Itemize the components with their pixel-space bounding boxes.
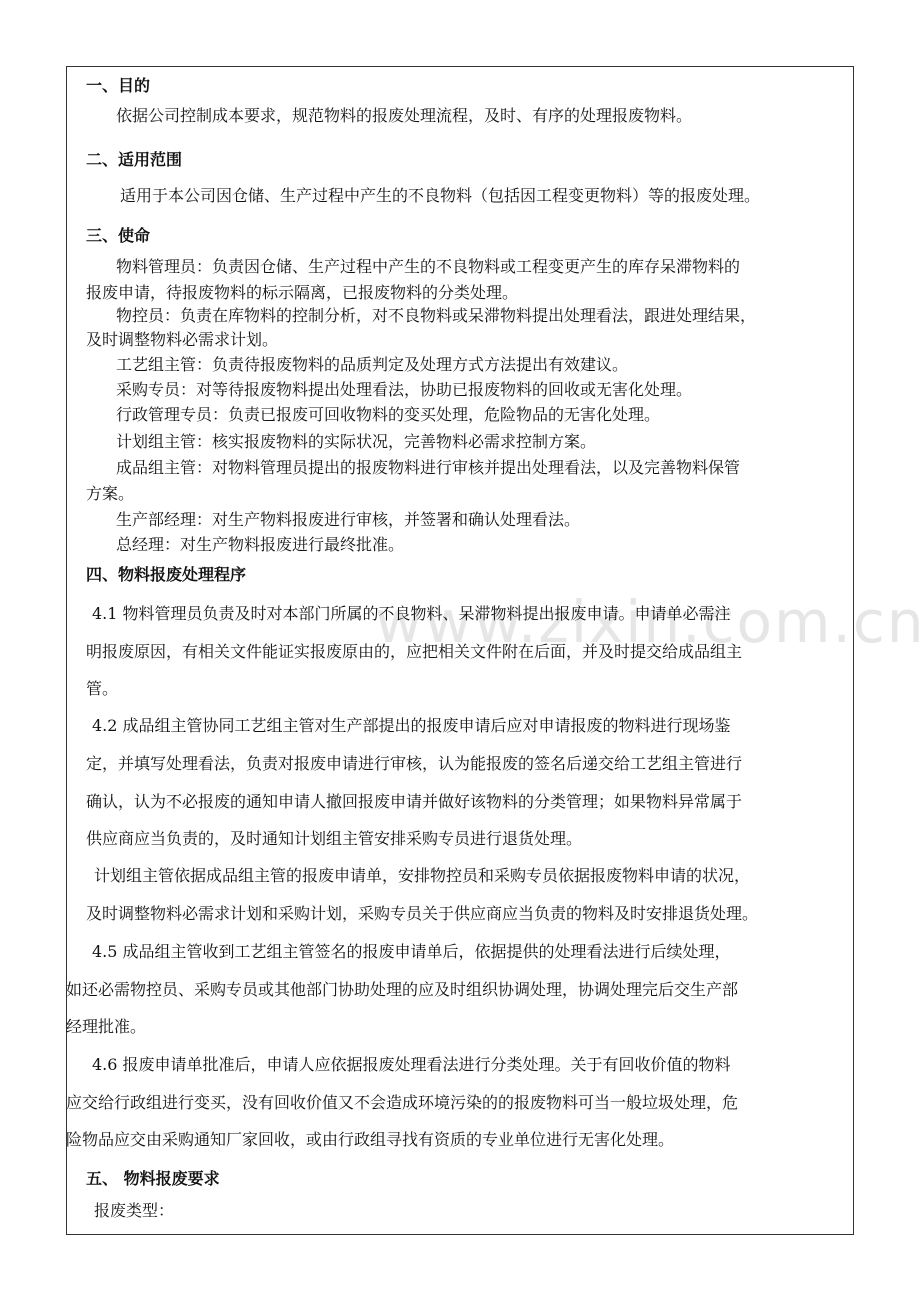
section-heading-duties: 三、使命 (86, 226, 150, 246)
paragraph-4-3-line: 计划组主管依据成品组主管的报废申请单，安排物控员和采购专员依据报废物料申请的状况… (94, 866, 750, 886)
paragraph-4-3-line: 及时调整物料必需求计划和采购计划，采购专员关于供应商应当负责的物料及时安排退货处… (86, 904, 758, 924)
duty-line: 报废申请，待报废物料的标示隔离，已报废物料的分类处理。 (86, 283, 518, 303)
duty-line: 行政管理专员：负责已报废可回收物料的变买处理，危险物品的无害化处理。 (116, 405, 660, 425)
duty-line: 采购专员：对等待报废物料提出处理看法，协助已报废物料的回收或无害化处理。 (116, 380, 692, 400)
paragraph-4-2-line: 4.2 成品组主管协同工艺组主管对生产部提出的报废申请后应对申请报废的物料进行现… (92, 716, 731, 736)
paragraph-4-1-line: 管。 (86, 679, 118, 699)
duty-line: 工艺组主管：负责待报废物料的品质判定及处理方式方法提出有效建议。 (116, 355, 628, 375)
paragraph-4-2-line: 供应商应当负责的，及时通知计划组主管安排采购专员进行退货处理。 (86, 829, 582, 849)
duty-line: 方案。 (86, 484, 134, 504)
paragraph-4-6-line: 险物品应交由采购通知厂家回收，或由行政组寻找有资质的专业单位进行无害化处理。 (66, 1130, 674, 1150)
duty-line: 物控员：负责在库物料的控制分析，对不良物料或呆滞物料提出处理看法，跟进处理结果， (116, 306, 756, 326)
section-heading-purpose: 一、目的 (86, 76, 150, 96)
duty-line: 总经理：对生产物料报废进行最终批准。 (116, 535, 404, 555)
section-text: 报废类型： (94, 1201, 174, 1221)
duty-line: 成品组主管：对物料管理员提出的报废物料进行审核并提出处理看法，以及完善物料保管 (116, 458, 740, 478)
paragraph-4-5-line: 4.5 成品组主管收到工艺组主管签名的报废申请单后，依据提供的处理看法进行后续处… (92, 942, 731, 962)
paragraph-4-2-line: 定，并填写处理看法，负责对报废申请进行审核，认为能报废的签名后递交给工艺组主管进… (86, 754, 742, 774)
section-text: 适用于本公司因仓储、生产过程中产生的不良物料（包括因工程变更物料）等的报废处理。 (120, 186, 760, 206)
section-heading-procedure: 四、物料报废处理程序 (86, 565, 246, 585)
duty-line: 生产部经理：对生产物料报废进行审核，并签署和确认处理看法。 (116, 510, 580, 530)
duty-line: 物料管理员：负责因仓储、生产过程中产生的不良物料或工程变更产生的库存呆滞物料的 (116, 257, 740, 277)
section-text: 依据公司控制成本要求，规范物料的报废处理流程，及时、有序的处理报废物料。 (116, 106, 692, 126)
duty-line: 及时调整物料必需求计划。 (86, 330, 278, 350)
paragraph-4-5-line: 经理批准。 (66, 1017, 146, 1037)
paragraph-4-1-line: 明报废原因，有相关文件能证实报废原由的，应把相关文件附在后面，并及时提交给成品组… (86, 642, 742, 662)
paragraph-4-5-line: 如还必需物控员、采购专员或其他部门协助处理的应及时组织协调处理，协调处理完后交生… (66, 980, 738, 1000)
paragraph-4-6-line: 应交给行政组进行变买，没有回收价值又不会造成环境污染的的报废物料可当一般垃圾处理… (66, 1093, 738, 1113)
duty-line: 计划组主管：核实报废物料的实际状况，完善物料必需求控制方案。 (116, 432, 596, 452)
section-heading-scope: 二、适用范围 (86, 150, 182, 170)
paragraph-4-6-line: 4.6 报废申请单批准后，申请人应依据报废处理看法进行分类处理。关于有回收价值的… (92, 1055, 731, 1075)
section-heading-requirements: 五、 物料报废要求 (86, 1169, 220, 1189)
paragraph-4-1-line: 4.1 物料管理员负责及时对本部门所属的不良物料、呆滞物料提出报废申请。申请单必… (92, 604, 731, 624)
paragraph-4-2-line: 确认，认为不必报废的通知申请人撤回报废申请并做好该物料的分类管理；如果物料异常属… (86, 792, 742, 812)
